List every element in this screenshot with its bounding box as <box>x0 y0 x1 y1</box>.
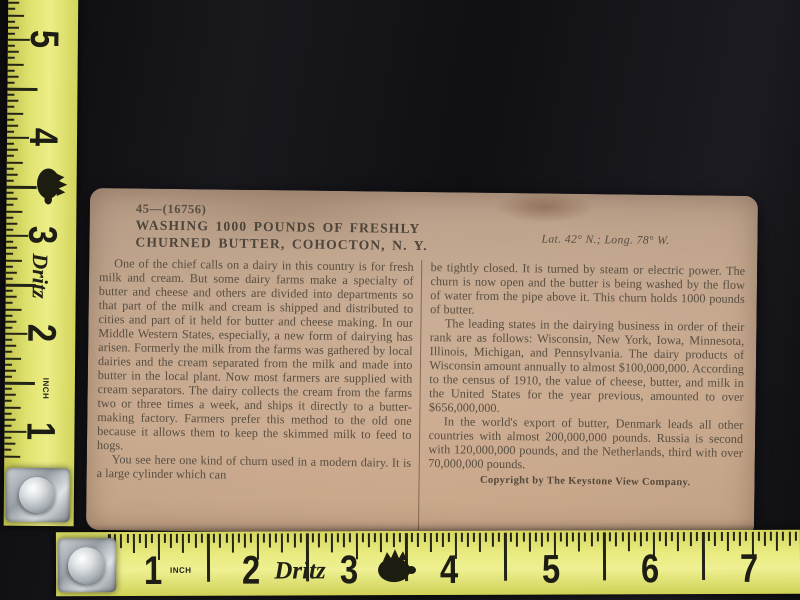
paragraph: be tightly closed. It is turned by steam… <box>430 260 745 320</box>
stereoview-card: 45—(16756) WASHING 1000 POUNDS OF FRESHL… <box>86 188 758 538</box>
catalog-number: 45—(16756) <box>136 201 207 217</box>
photo-of-stereoview-card: 45—(16756) WASHING 1000 POUNDS OF FRESHL… <box>0 0 800 600</box>
horizontal-ruler-number: 3 <box>328 547 369 593</box>
inch-unit-label: INCH <box>41 378 50 400</box>
card-column-right: be tightly closed. It is turned by steam… <box>417 260 745 534</box>
paragraph: You see here one kind of churn used in a… <box>97 452 412 484</box>
horizontal-ruler-number: 2 <box>230 548 271 594</box>
tomato-pincushion-icon <box>374 545 418 590</box>
card-coordinates: Lat. 42° N.; Long. 78° W. <box>541 232 669 247</box>
brand-label: Dritz <box>18 254 62 298</box>
vertical-ruler-number: 5 <box>22 21 66 57</box>
vertical-ruler-number: 4 <box>21 119 65 155</box>
paragraph: One of the chief calls on a dairy in thi… <box>97 256 414 456</box>
vertical-ruler-number: 2 <box>19 315 63 351</box>
card-text-columns: One of the chief calls on a dairy in thi… <box>96 256 745 534</box>
horizontal-ruler: 1 2 3 4 5 6 7 INCH Dritz <box>56 530 800 597</box>
rivet-dome <box>19 477 55 513</box>
card-title-line-2: CHURNED BUTTER, COHOCTON, N. Y. <box>135 234 428 254</box>
horizontal-ruler-number: 6 <box>629 546 670 592</box>
paragraph: In the world's export of butter, Denmark… <box>428 414 743 474</box>
vertical-ruler-number: 1 <box>18 413 62 449</box>
horizontal-ruler-number: 5 <box>530 546 571 592</box>
tape-metal-end <box>58 538 116 592</box>
paragraph: The leading states in the dairying busin… <box>429 316 745 418</box>
horizontal-ruler-number: 4 <box>428 547 469 593</box>
tape-metal-end <box>6 468 70 523</box>
tomato-pincushion-icon <box>30 164 69 206</box>
vertical-ruler-number: 3 <box>20 217 64 253</box>
horizontal-ruler-number: 1 <box>132 548 173 594</box>
rivet-dome <box>68 547 105 584</box>
copyright-line: Copyright by The Keystone View Company. <box>428 473 743 491</box>
inch-unit-label: INCH <box>170 566 192 575</box>
horizontal-ruler-number: 7 <box>728 546 769 592</box>
card-column-left: One of the chief calls on a dairy in thi… <box>96 256 421 530</box>
vertical-ruler: 5 4 3 2 1 Dritz INCH <box>4 0 79 526</box>
brand-label: Dritz <box>268 557 332 585</box>
